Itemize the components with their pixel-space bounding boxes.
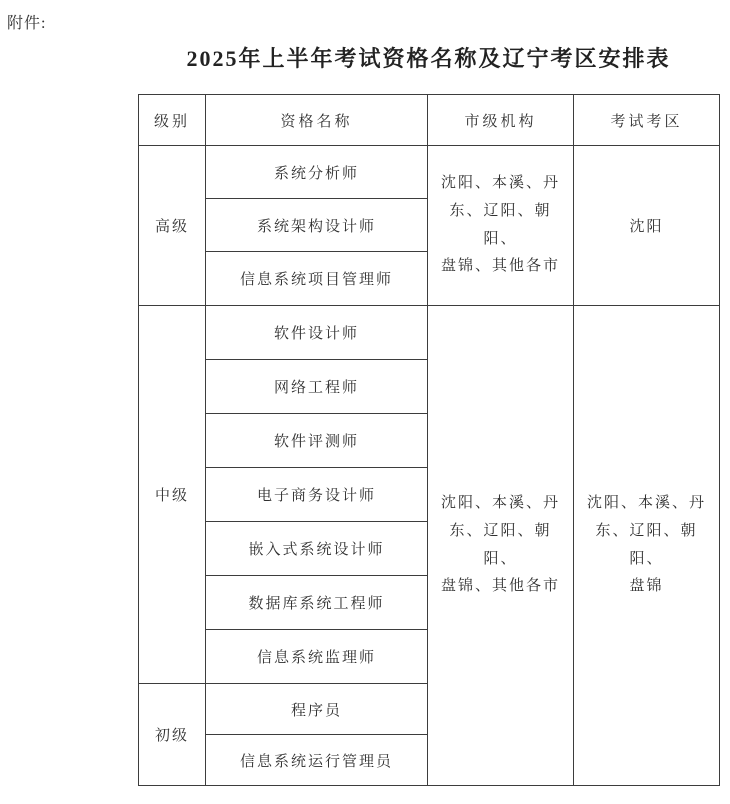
level-cell-junior: 初级	[139, 684, 206, 786]
qualification-cell: 网络工程师	[206, 360, 428, 414]
level-cell-intermediate: 中级	[139, 306, 206, 684]
page-title: 2025年上半年考试资格名称及辽宁考区安排表	[138, 42, 719, 73]
exam-area-cell-mid-junior: 沈阳、本溪、丹 东、辽阳、朝阳、 盘锦	[574, 306, 720, 786]
qualification-cell: 信息系统监理师	[206, 630, 428, 684]
title-container: 2025年上半年考试资格名称及辽宁考区安排表	[138, 42, 719, 73]
col-header-municipal-org: 市级机构	[428, 95, 574, 146]
col-header-level: 级别	[139, 95, 206, 146]
col-header-exam-area: 考试考区	[574, 95, 720, 146]
qualification-cell: 信息系统项目管理师	[206, 252, 428, 306]
qualification-cell: 信息系统运行管理员	[206, 735, 428, 786]
qualification-cell: 程序员	[206, 684, 428, 735]
municipal-org-cell-senior: 沈阳、本溪、丹 东、辽阳、朝阳、 盘锦、其他各市	[428, 146, 574, 306]
exam-area-cell-senior: 沈阳	[574, 146, 720, 306]
qualification-cell: 软件评测师	[206, 414, 428, 468]
attachment-label: 附件:	[7, 10, 46, 33]
col-header-qualification: 资格名称	[206, 95, 428, 146]
qualification-cell: 软件设计师	[206, 306, 428, 360]
table-row: 中级 软件设计师 沈阳、本溪、丹 东、辽阳、朝阳、 盘锦、其他各市 沈阳、本溪、…	[139, 306, 720, 360]
qualification-cell: 数据库系统工程师	[206, 576, 428, 630]
qualification-cell: 系统架构设计师	[206, 199, 428, 252]
qualification-cell: 嵌入式系统设计师	[206, 522, 428, 576]
qualification-cell: 系统分析师	[206, 146, 428, 199]
qualification-cell: 电子商务设计师	[206, 468, 428, 522]
level-cell-senior: 高级	[139, 146, 206, 306]
header-row: 级别 资格名称 市级机构 考试考区	[139, 95, 720, 146]
exam-schedule-table: 级别 资格名称 市级机构 考试考区 高级 系统分析师 沈阳、本溪、丹 东、辽阳、…	[138, 94, 720, 786]
table-row: 高级 系统分析师 沈阳、本溪、丹 东、辽阳、朝阳、 盘锦、其他各市 沈阳	[139, 146, 720, 199]
municipal-org-cell-mid-junior: 沈阳、本溪、丹 东、辽阳、朝阳、 盘锦、其他各市	[428, 306, 574, 786]
